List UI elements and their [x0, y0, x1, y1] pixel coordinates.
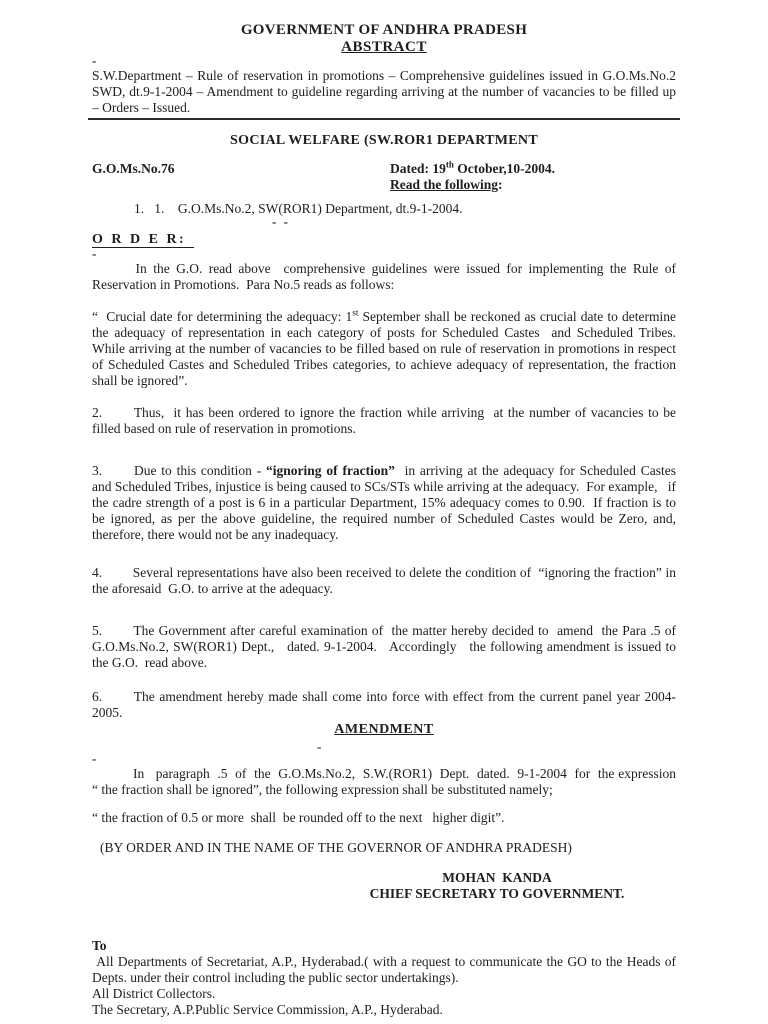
horizontal-rule: [88, 118, 680, 120]
signatory-title: CHIEF SECRETARY TO GOVERNMENT.: [332, 886, 662, 902]
read-the-following-colon: :: [498, 177, 503, 192]
by-order-line: (BY ORDER AND IN THE NAME OF THE GOVERNO…: [92, 840, 676, 856]
to-label: To: [92, 938, 676, 954]
amendment-heading: AMENDMENT: [92, 721, 676, 738]
addressee-line: The Secretary, A.P.Public Service Commis…: [92, 1002, 676, 1018]
abstract-heading-text: ABSTRACT: [341, 39, 427, 55]
paragraph-2: 2. Thus, it has been ordered to ignore t…: [92, 405, 676, 437]
quote-pre: “ Crucial date for determining the adequ…: [92, 309, 352, 324]
reference-item: 1. 1. G.O.Ms.No.2, SW(ROR1) Department, …: [92, 201, 676, 217]
amendment-paragraph: In paragraph .5 of the G.O.Ms.No.2, S.W.…: [92, 766, 676, 798]
quoted-guideline-paragraph: “ Crucial date for determining the adequ…: [92, 309, 676, 389]
paragraph-3-pre: 3. Due to this condition -: [92, 463, 266, 478]
paragraph-3-bold-phrase: “ignoring of fraction”: [266, 463, 395, 478]
abstract-heading: ABSTRACT: [92, 39, 676, 56]
document-page: GOVERNMENT OF ANDHRA PRADESH ABSTRACT - …: [0, 0, 768, 1024]
read-the-following-text: Read the following: [390, 177, 498, 192]
addressee-line: All District Collectors.: [92, 986, 676, 1002]
go-number-row: G.O.Ms.No.76Dated: 19th October,10-2004.: [92, 161, 676, 177]
addressees-block: To All Departments of Secretariat, A.P.,…: [92, 938, 676, 1018]
dated-superscript: th: [446, 160, 454, 170]
signatory-name: MOHAN KANDA: [332, 870, 662, 886]
paragraph-4: 4. Several representations have also bee…: [92, 565, 676, 597]
intro-paragraph: In the G.O. read above comprehensive gui…: [92, 261, 676, 293]
dash-left-margin: -: [92, 754, 676, 766]
abstract-paragraph: S.W.Department – Rule of reservation in …: [92, 68, 676, 116]
read-the-following-line: Read the following:: [390, 177, 676, 193]
addressee-line: All Departments of Secretariat, A.P., Hy…: [92, 954, 676, 986]
document-title: GOVERNMENT OF ANDHRA PRADESH: [92, 22, 676, 39]
order-heading: O R D E R:: [92, 231, 676, 249]
stray-dash-top: -: [92, 56, 676, 68]
dated-prefix: Dated: 19: [390, 161, 446, 176]
dated-line: Dated: 19th October,10-2004.: [390, 161, 555, 177]
dash-below-amendment: -: [317, 742, 676, 754]
department-heading: SOCIAL WELFARE (SW.ROR1 DEPARTMENT: [92, 132, 676, 149]
signature-block: MOHAN KANDACHIEF SECRETARY TO GOVERNMENT…: [332, 870, 662, 902]
reference-separator-dashes: - -: [92, 217, 676, 229]
substitution-quote: “ the fraction of 0.5 or more shall be r…: [92, 810, 676, 826]
paragraph-5: 5. The Government after careful examinat…: [92, 623, 676, 671]
paragraph-6: 6. The amendment hereby made shall come …: [92, 689, 676, 721]
amendment-heading-text: AMENDMENT: [334, 722, 433, 737]
go-number: G.O.Ms.No.76: [92, 161, 390, 177]
dated-suffix: October,10-2004.: [454, 161, 555, 176]
dash-after-order: -: [92, 249, 676, 261]
order-heading-text: O R D E R:: [92, 232, 194, 248]
paragraph-3: 3. Due to this condition - “ignoring of …: [92, 463, 676, 543]
